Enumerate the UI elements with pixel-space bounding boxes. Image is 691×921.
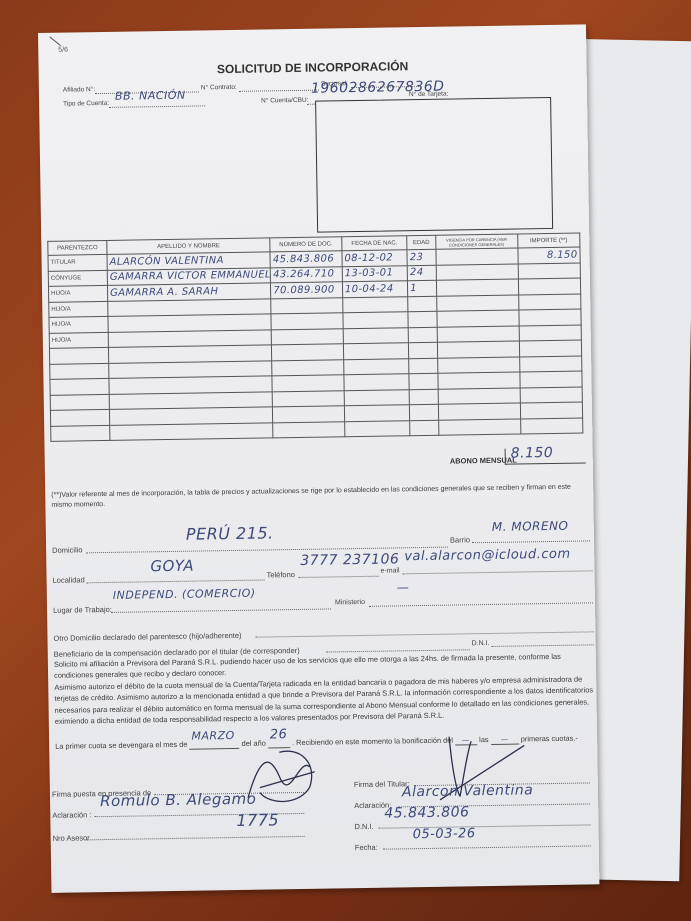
cell-importe[interactable] [519,325,581,341]
cell-fecha-nac[interactable] [344,405,410,422]
cell-vigencia[interactable] [436,263,518,280]
cell-fecha-nac[interactable]: 08-12-02 [342,250,408,267]
cell-parentesco[interactable] [49,347,108,363]
cell-importe[interactable] [518,294,580,310]
cuota-anio-label: del año [242,739,266,748]
cell-nombre[interactable] [110,422,274,440]
barrio-label: Barrio [450,535,470,544]
header-parentesco: PARENTEZCO [48,240,107,255]
nro-asesor-value: 1775 [236,810,279,830]
cell-parentesco[interactable]: HIJO/A [49,316,108,332]
cell-fecha-nac[interactable] [344,389,410,406]
cell-edad[interactable] [408,311,437,327]
form-sheet: 5/6 SOLICITUD DE INCORPORACIÓN Afiliado … [38,24,599,893]
cell-fecha-nac[interactable] [343,327,409,344]
cell-fecha-nac[interactable] [343,296,409,313]
telefono-label: Teléfono [266,570,294,579]
cell-importe[interactable] [518,278,580,294]
cell-vigencia[interactable] [436,294,518,311]
cell-parentesco[interactable] [51,425,110,441]
cell-documento[interactable] [272,344,344,361]
footnote: (**)Valor referente al mes de incorporac… [51,482,591,510]
cell-documento[interactable] [272,390,344,407]
nro-asesor-label: Nro Asesor [53,833,90,843]
fecha-value: 05-03-26 [413,826,476,842]
cell-fecha-nac[interactable]: 10-04-24 [342,281,408,298]
header-vigencia: VIGENCIA POR CARENCIA (VER CONDICIONES G… [435,234,517,249]
cell-importe[interactable] [518,263,580,279]
cell-vigencia[interactable] [437,356,519,373]
cell-parentesco[interactable] [50,378,109,394]
lugar-trabajo-field[interactable] [111,600,331,612]
ministerio-value: — [397,580,410,594]
cell-parentesco[interactable]: HIJO/A [49,301,108,317]
cell-importe[interactable]: 8.150 [518,247,580,263]
contrato-field[interactable] [239,82,319,92]
cell-parentesco[interactable]: TITULAR [48,254,107,270]
beneficiario-dni-field[interactable] [492,636,594,647]
email-label: e-mail [380,567,399,574]
aclaracion-asesor-value: Romulo B. Alegamo [100,790,257,810]
cell-fecha-nac[interactable]: 13-03-01 [342,265,408,282]
cell-edad[interactable]: 1 [408,280,437,296]
terms-debit-authorization: Asimismo autorizo el débito de la cuota … [54,673,595,727]
aclaracion-asesor-label: Aclaración : [52,810,91,820]
cuotas-suffix: primeras cuotas.- [521,734,578,744]
contrato-label: N° Contrato: [201,84,237,92]
cell-importe[interactable] [520,417,582,433]
domicilio-label: Domicilio [52,545,83,554]
telefono-value: 3777 237106 [300,551,399,569]
barrio-value: M. MORENO [492,519,569,534]
dni-titular-label: D.N.I. [354,822,373,831]
cell-documento[interactable] [273,421,345,438]
cell-documento[interactable] [271,313,343,330]
cell-edad[interactable] [408,327,437,343]
cell-vigencia[interactable] [437,310,519,327]
cell-fecha-nac[interactable] [344,358,410,375]
cuota-mes-value: MARZO [191,729,235,743]
cell-importe[interactable] [520,371,582,387]
members-table: PARENTEZCO APELLIDO Y NOMBRE NÚMERO DE D… [47,233,583,442]
cell-edad[interactable] [409,373,438,389]
cell-importe[interactable] [519,356,581,372]
dni-titular-value: 45.843.806 [384,804,469,821]
header-fecha-nac: FECHA DE NAC. [342,236,408,251]
cell-importe[interactable] [520,402,582,418]
otro-domicilio-field[interactable] [255,623,593,637]
cell-fecha-nac[interactable] [345,420,411,437]
cell-edad[interactable] [409,389,438,405]
header-edad: EDAD [407,235,436,249]
cell-edad[interactable] [410,420,439,436]
cuenta-cbu-label: N° Cuenta/CBU: [261,97,309,105]
cell-edad[interactable]: 23 [407,249,436,265]
cell-vigencia[interactable] [438,372,520,389]
tipo-cuenta-label: Tipo de Cuenta: [63,100,109,108]
cell-fecha-nac[interactable] [343,343,409,360]
abono-mensual-value: 8.150 [511,445,554,462]
cell-importe[interactable] [519,309,581,325]
ministerio-field[interactable] [369,594,593,607]
email-value: val.alarcon@icloud.com [404,547,571,565]
lugar-trabajo-value: INDEPEND. (COMERCIO) [113,587,256,602]
fecha-label: Fecha: [355,843,378,852]
beneficiario-dni-label: D.N.I. [472,640,490,647]
photo-box [315,97,553,233]
tarjeta-label: N° de Tarjeta: [409,91,448,99]
cell-parentesco[interactable] [50,394,109,410]
cuota-anio-value: 26 [270,727,288,742]
cell-edad[interactable] [409,358,438,374]
cell-edad[interactable]: 24 [407,265,436,281]
localidad-label: Localidad [53,575,85,585]
cuota-prefix: La primer cuota se devengara el mes de [55,740,187,751]
cell-vigencia[interactable] [436,248,518,265]
cell-edad[interactable] [408,296,437,312]
form-title: SOLICITUD DE INCORPORACIÓN [39,56,587,79]
page-number: 5/6 [58,47,68,54]
telefono-field[interactable] [298,568,378,578]
localidad-value: GOYA [150,557,194,576]
cell-fecha-nac[interactable] [344,374,410,391]
afiliado-label: Afiliado N°: [63,86,95,94]
otro-domicilio-label: Otro Domicilio declarado del parentesco … [53,631,241,643]
cell-parentesco[interactable] [50,409,109,425]
cell-parentesco[interactable]: CÓNYUGE [48,270,107,286]
cell-parentesco[interactable]: HIJO/A [48,285,107,301]
email-field[interactable] [402,562,592,574]
cell-documento[interactable]: 45.843.806 [270,251,342,268]
cell-vigencia[interactable] [438,403,520,420]
aclaracion-titular-value: Alarcon Valentina [402,782,534,800]
cell-vigencia[interactable] [438,387,520,404]
cell-vigencia[interactable] [437,341,519,358]
cell-documento[interactable]: 70.089.900 [271,282,343,299]
cell-documento[interactable] [271,297,343,314]
cell-edad[interactable] [409,342,438,358]
lugar-trabajo-label: Lugar de Trabajo: [53,605,112,615]
header-documento: NÚMERO DE DOC. [270,237,342,252]
ministerio-label: Ministerio [335,599,365,606]
cell-parentesco[interactable]: HIJO/A [49,332,108,348]
cell-vigencia[interactable] [438,418,520,435]
cell-fecha-nac[interactable] [343,312,409,329]
cell-parentesco[interactable] [50,363,109,379]
cell-documento[interactable] [271,328,343,345]
cuota-mes-field[interactable]: MARZO [189,739,239,750]
cell-documento[interactable] [273,406,345,423]
cell-vigencia[interactable] [437,325,519,342]
nro-asesor-field[interactable] [87,828,305,840]
domicilio-value: PERÚ 215. [186,523,274,543]
tipo-cuenta-value: BB. NACIÓN [115,89,186,103]
beneficiario-field[interactable] [326,641,470,652]
header-importe: IMPORTE (**) [518,233,580,248]
cell-importe[interactable] [520,386,582,402]
cell-documento[interactable] [272,359,344,376]
cell-importe[interactable] [519,340,581,356]
cell-vigencia[interactable] [436,279,518,296]
cell-edad[interactable] [410,404,439,420]
cell-documento[interactable] [272,375,344,392]
cell-documento[interactable]: 43.264.710 [270,266,342,283]
barrio-field[interactable] [472,532,590,543]
